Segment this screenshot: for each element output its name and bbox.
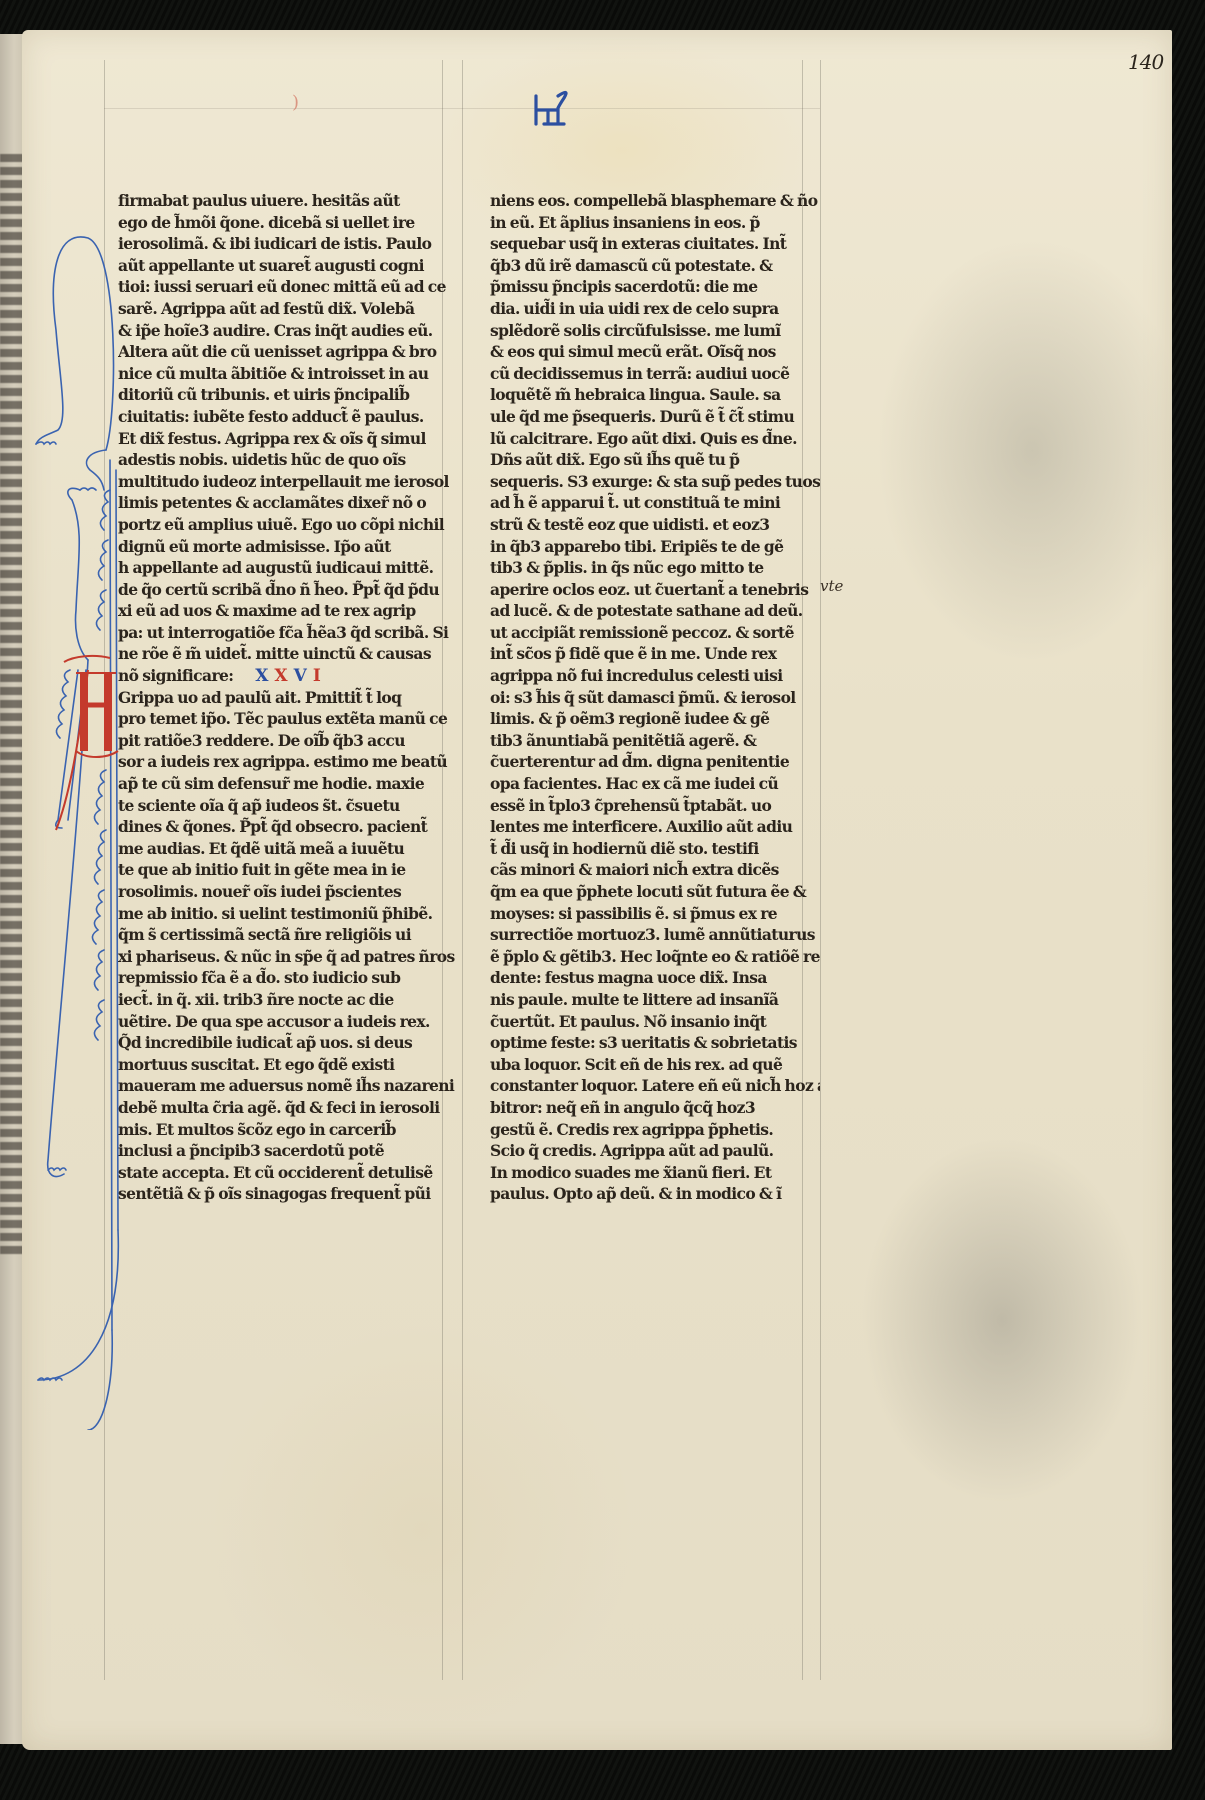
text-line: adestis nobis. uidetis hũc de quo oĩs <box>118 449 458 471</box>
text-line: paulus. Opto ap̃ deũ. & in modico & ĩ <box>490 1183 820 1205</box>
text-line: ẽ p̃plo & gẽtib3. Hec loq̃nte eo & ratiõ… <box>490 946 820 968</box>
text-line: debẽ multa c̃ria agẽ. q̃d & feci in ier… <box>118 1097 458 1119</box>
text-line: int̃ sc̃os p̃ fidẽ que ẽ in me. Unde rex <box>490 643 820 665</box>
text-line: Altera aũt die cũ uenisset agrippa & bro <box>118 341 458 363</box>
text-line: uba loquor. Scit eñ de his rex. ad quẽ <box>490 1054 820 1076</box>
text-line: Et dix̃ festus. Agrippa rex & oĩs q̃ sim… <box>118 428 458 450</box>
text-line: ule q̃d me p̃sequeris. Durũ ẽ t̃ c̃t̃ st… <box>490 406 820 428</box>
text-line: sequebar usq̃ in exteras ciuitates. Int̃ <box>490 233 820 255</box>
text-line: surrectiõe mortuoz3. lumẽ annũtiaturus <box>490 924 820 946</box>
text-line: iect̃. in q̃. xii. trib3 ñre nocte ac d… <box>118 989 458 1011</box>
text-line: ad h̃ ẽ apparui t̃. ut constituã te mini <box>490 492 820 514</box>
text-line: Scio q̃ credis. Agrippa aũt ad paulũ. <box>490 1140 820 1162</box>
text-line: oi: s3 h̃is q̃ sũt damasci p̃mũ. & ieros… <box>490 687 820 709</box>
text-line: maueram me aduersus nomẽ ih̃s nazareni <box>118 1075 458 1097</box>
text-line: moyses: si passibilis ẽ. si p̃mus ex re <box>490 903 820 925</box>
text-line: dignũ eũ morte admisisse. Ip̃o aũt <box>118 536 458 558</box>
text-line: essẽ in t̃plo3 c̃prehensũ t̃ptabãt. uo <box>490 795 820 817</box>
text-line: dia. uid̃i in uia uidi rex de celo supra <box>490 298 820 320</box>
text-line: sequeris. S3 exurge: & sta sup̃ pedes tu… <box>490 471 820 493</box>
chapter-numeral: X <box>255 666 274 686</box>
text-line: te sciente oĩa q̃ ap̃ iudeos s̃t. c̃suet… <box>118 795 458 817</box>
text-line: dente: festus magna uoce dix̃. Insa <box>490 967 820 989</box>
text-line: multitudo iudeoz interpellauit me ieroso… <box>118 471 458 493</box>
text-line: opa facientes. Hac ex cã me iudei cũ <box>490 773 820 795</box>
text-line: ne rõe ẽ m̃ uidet̃. mitte uinctũ & causa… <box>118 643 458 665</box>
text-line: in q̃b3 apparebo tibi. Eripiẽs te de gẽ <box>490 536 820 558</box>
text-line: splẽdorẽ solis circũfulsisse. me lumĩ <box>490 320 820 342</box>
text-line: xi eũ ad uos & maxime ad te rex agrip <box>118 600 458 622</box>
text-line: limis petentes & acclamãtes dixer̃ nõ o <box>118 492 458 514</box>
text-line: sentẽtiã & p̃ oĩs sinagogas frequent̃ pu… <box>118 1183 458 1205</box>
text-line: firmabat paulus uiuere. hesitãs aũt <box>118 190 458 212</box>
text-line: pro temet ip̃o. Tẽc paulus extẽta manũ c… <box>118 708 458 730</box>
text-line: In modico suades me x̃ianũ fieri. Et <box>490 1162 820 1184</box>
text-line: nis paule. multe te littere ad insanĩã <box>490 989 820 1011</box>
ruling-line <box>462 60 463 1680</box>
text-line: lentes me interficere. Auxilio aũt adiu <box>490 816 820 838</box>
text-line: mortuus suscitat. Et ego q̃dẽ existi <box>118 1054 458 1076</box>
rubricator-guide-letter: ) <box>292 92 299 113</box>
text-line: q̃m ea que p̃phete locuti sũt futura ẽe … <box>490 881 820 903</box>
text-line: sor a iudeis rex agrippa. estimo me beat… <box>118 751 458 773</box>
chapter-heading-line: nõ significare: XXVI <box>118 665 458 687</box>
text-line: sarẽ. Agrippa aũt ad festũ dix̃. Volebã <box>118 298 458 320</box>
decorated-initial-a <box>72 667 120 767</box>
chapter-numeral: I <box>313 666 327 686</box>
text-line: xi phariseus. & nũc in sp̃e q̃ ad patres… <box>118 946 458 968</box>
text-line: me audias. Et q̃dẽ uitã meã a iuuẽtu <box>118 838 458 860</box>
ruling-line <box>104 108 820 109</box>
text-line: tioi: iussi seruari eũ donec mittã eũ ad… <box>118 276 458 298</box>
text-line: lũ calcitrare. Ego aũt dixi. Quis es d̃n… <box>490 428 820 450</box>
text-line: constanter loquor. Latere eñ eũ nich̃ ho… <box>490 1075 820 1097</box>
text-line: q̃m s̃ certissimã sectã ñre religiõis u… <box>118 924 458 946</box>
chapter-numeral: X <box>274 666 293 686</box>
text-line: cũ decidissemus in terrã: audiui uocẽ <box>490 363 820 385</box>
text-line: nõ significare: <box>118 666 233 685</box>
text-line: & ip̃e hoĩe3 audire. Cras inq̃t audies e… <box>118 320 458 342</box>
text-line: pit ratiõe3 reddere. De oĩb̃ q̃b3 accu <box>118 730 458 752</box>
text-line: te que ab initio fuit in gẽte mea in ie <box>118 859 458 881</box>
text-line: inclusi a p̃ncipib3 sacerdotũ potẽ <box>118 1140 458 1162</box>
text-line: tib3 & p̃plis. in q̃s nũc ego mitto te <box>490 557 820 579</box>
text-line: Grippa uo ad paulũ ait. Pmittit̃ t̃ loq <box>118 687 458 709</box>
text-line: ap̃ te cũ sim defensur̃ me hodie. maxie <box>118 773 458 795</box>
text-column-left: firmabat paulus uiuere. hesitãs aũt ego … <box>118 190 458 1205</box>
text-line: dines & q̃ones. P̃pt̃ q̃d obsecro. pacie… <box>118 816 458 838</box>
text-line: Q̃d incredibile iudicat̃ ap̃ uos. si deu… <box>118 1032 458 1054</box>
text-line: p̃missu p̃ncipis sacerdotũ: die me <box>490 276 820 298</box>
text-line: aperire oclos eoz. ut c̃uertant̃ a teneb… <box>490 579 820 601</box>
text-line: q̃b3 dũ irẽ damascũ cũ potestate. & <box>490 255 820 277</box>
marginal-correction: vte <box>820 577 843 595</box>
text-line: ad lucẽ. & de potestate sathane ad deũ. <box>490 600 820 622</box>
text-column-right: niens eos. compellebã blasphemare & ño … <box>490 190 820 1205</box>
text-line: ciuitatis: iubẽte festo adduct̃ ẽ paulus… <box>118 406 458 428</box>
running-head-h-letter <box>528 86 578 126</box>
text-line: state accepta. Et cũ occiderent̃ detulis… <box>118 1162 458 1184</box>
text-line: aũt appellante ut suaret̃ augusti cogni <box>118 255 458 277</box>
text-line: Dñs aũt dix̃. Ego sũ ih̃s quẽ tu p̃ <box>490 449 820 471</box>
text-line: mis. Et multos s̃cõz ego in carcerib̃ <box>118 1119 458 1141</box>
text-line: in eũ. Et ãplius insaniens in eos. p̃ <box>490 212 820 234</box>
text-line: rosolimis. nouer̃ oĩs iudei p̃scientes <box>118 881 458 903</box>
text-line: ierosolimã. & ibi iudicari de istis. Pau… <box>118 233 458 255</box>
text-line: strũ & testẽ eoz que uidisti. et eoz3 <box>490 514 820 536</box>
text-line: uẽtire. De qua spe accusor a iudeis rex. <box>118 1011 458 1033</box>
text-line: & eos qui simul mecũ erãt. Oĩsq̃ nos <box>490 341 820 363</box>
chapter-number: XXVI <box>255 666 327 687</box>
chapter-numeral: V <box>294 666 313 686</box>
text-line: me ab initio. si uelint testimoniũ p̃hib… <box>118 903 458 925</box>
text-line: repmissio fc̃a ẽ a d̃o. sto iudicio sub <box>118 967 458 989</box>
text-line: c̃uerterentur ad d̃m. digna penitentie <box>490 751 820 773</box>
text-line: niens eos. compellebã blasphemare & ño <box>490 190 820 212</box>
text-line: bitror: neq̃ eñ in angulo q̃cq̃ hoz3 <box>490 1097 820 1119</box>
text-line: de q̃o certũ scribã d̃no ñ h̃eo. P̃pt̃ … <box>118 579 458 601</box>
text-line: ego de h̃mõi q̃one. dicebã si uellet ire <box>118 212 458 234</box>
text-line: cãs minori & maiori nich̃ extra dicẽs <box>490 859 820 881</box>
text-line: portz eũ amplius uiuẽ. Ego uo cõpi nich… <box>118 514 458 536</box>
text-line: nice cũ multa ãbitiõe & introisset in au <box>118 363 458 385</box>
ruling-line <box>820 60 821 1680</box>
text-line: limis. & p̃ oẽm3 regionẽ iudee & gẽ <box>490 708 820 730</box>
folio-number: 140 <box>1128 50 1163 74</box>
pen-flourish-decoration <box>18 230 128 1430</box>
text-line: gestũ ẽ. Credis rex agrippa p̃phetis. <box>490 1119 820 1141</box>
text-line: t̃ d̃i usq̃ in hodiernũ diẽ sto. testifi <box>490 838 820 860</box>
text-line: loquẽtẽ m̃ hebraica lingua. Saule. sa <box>490 384 820 406</box>
text-line: ut accipiãt remissionẽ peccoz. & sortẽ <box>490 622 820 644</box>
text-line: ditoriũ cũ tribunis. et uiris p̃ncipalib… <box>118 384 458 406</box>
text-line: pa: ut interrogatiõe fc̃a h̃ẽa3 q̃d scri… <box>118 622 458 644</box>
text-line: agrippa nõ fui incredulus celesti uisi <box>490 665 820 687</box>
text-line: c̃uertũt. Et paulus. Nõ insanio inq̃t <box>490 1011 820 1033</box>
text-line: tib3 ãnuntiabã penitẽtiã agerẽ. & <box>490 730 820 752</box>
text-line: optime feste: s3 ueritatis & sobrietatis <box>490 1032 820 1054</box>
text-line: h appellante ad augustũ iudicaui mittẽ. <box>118 557 458 579</box>
